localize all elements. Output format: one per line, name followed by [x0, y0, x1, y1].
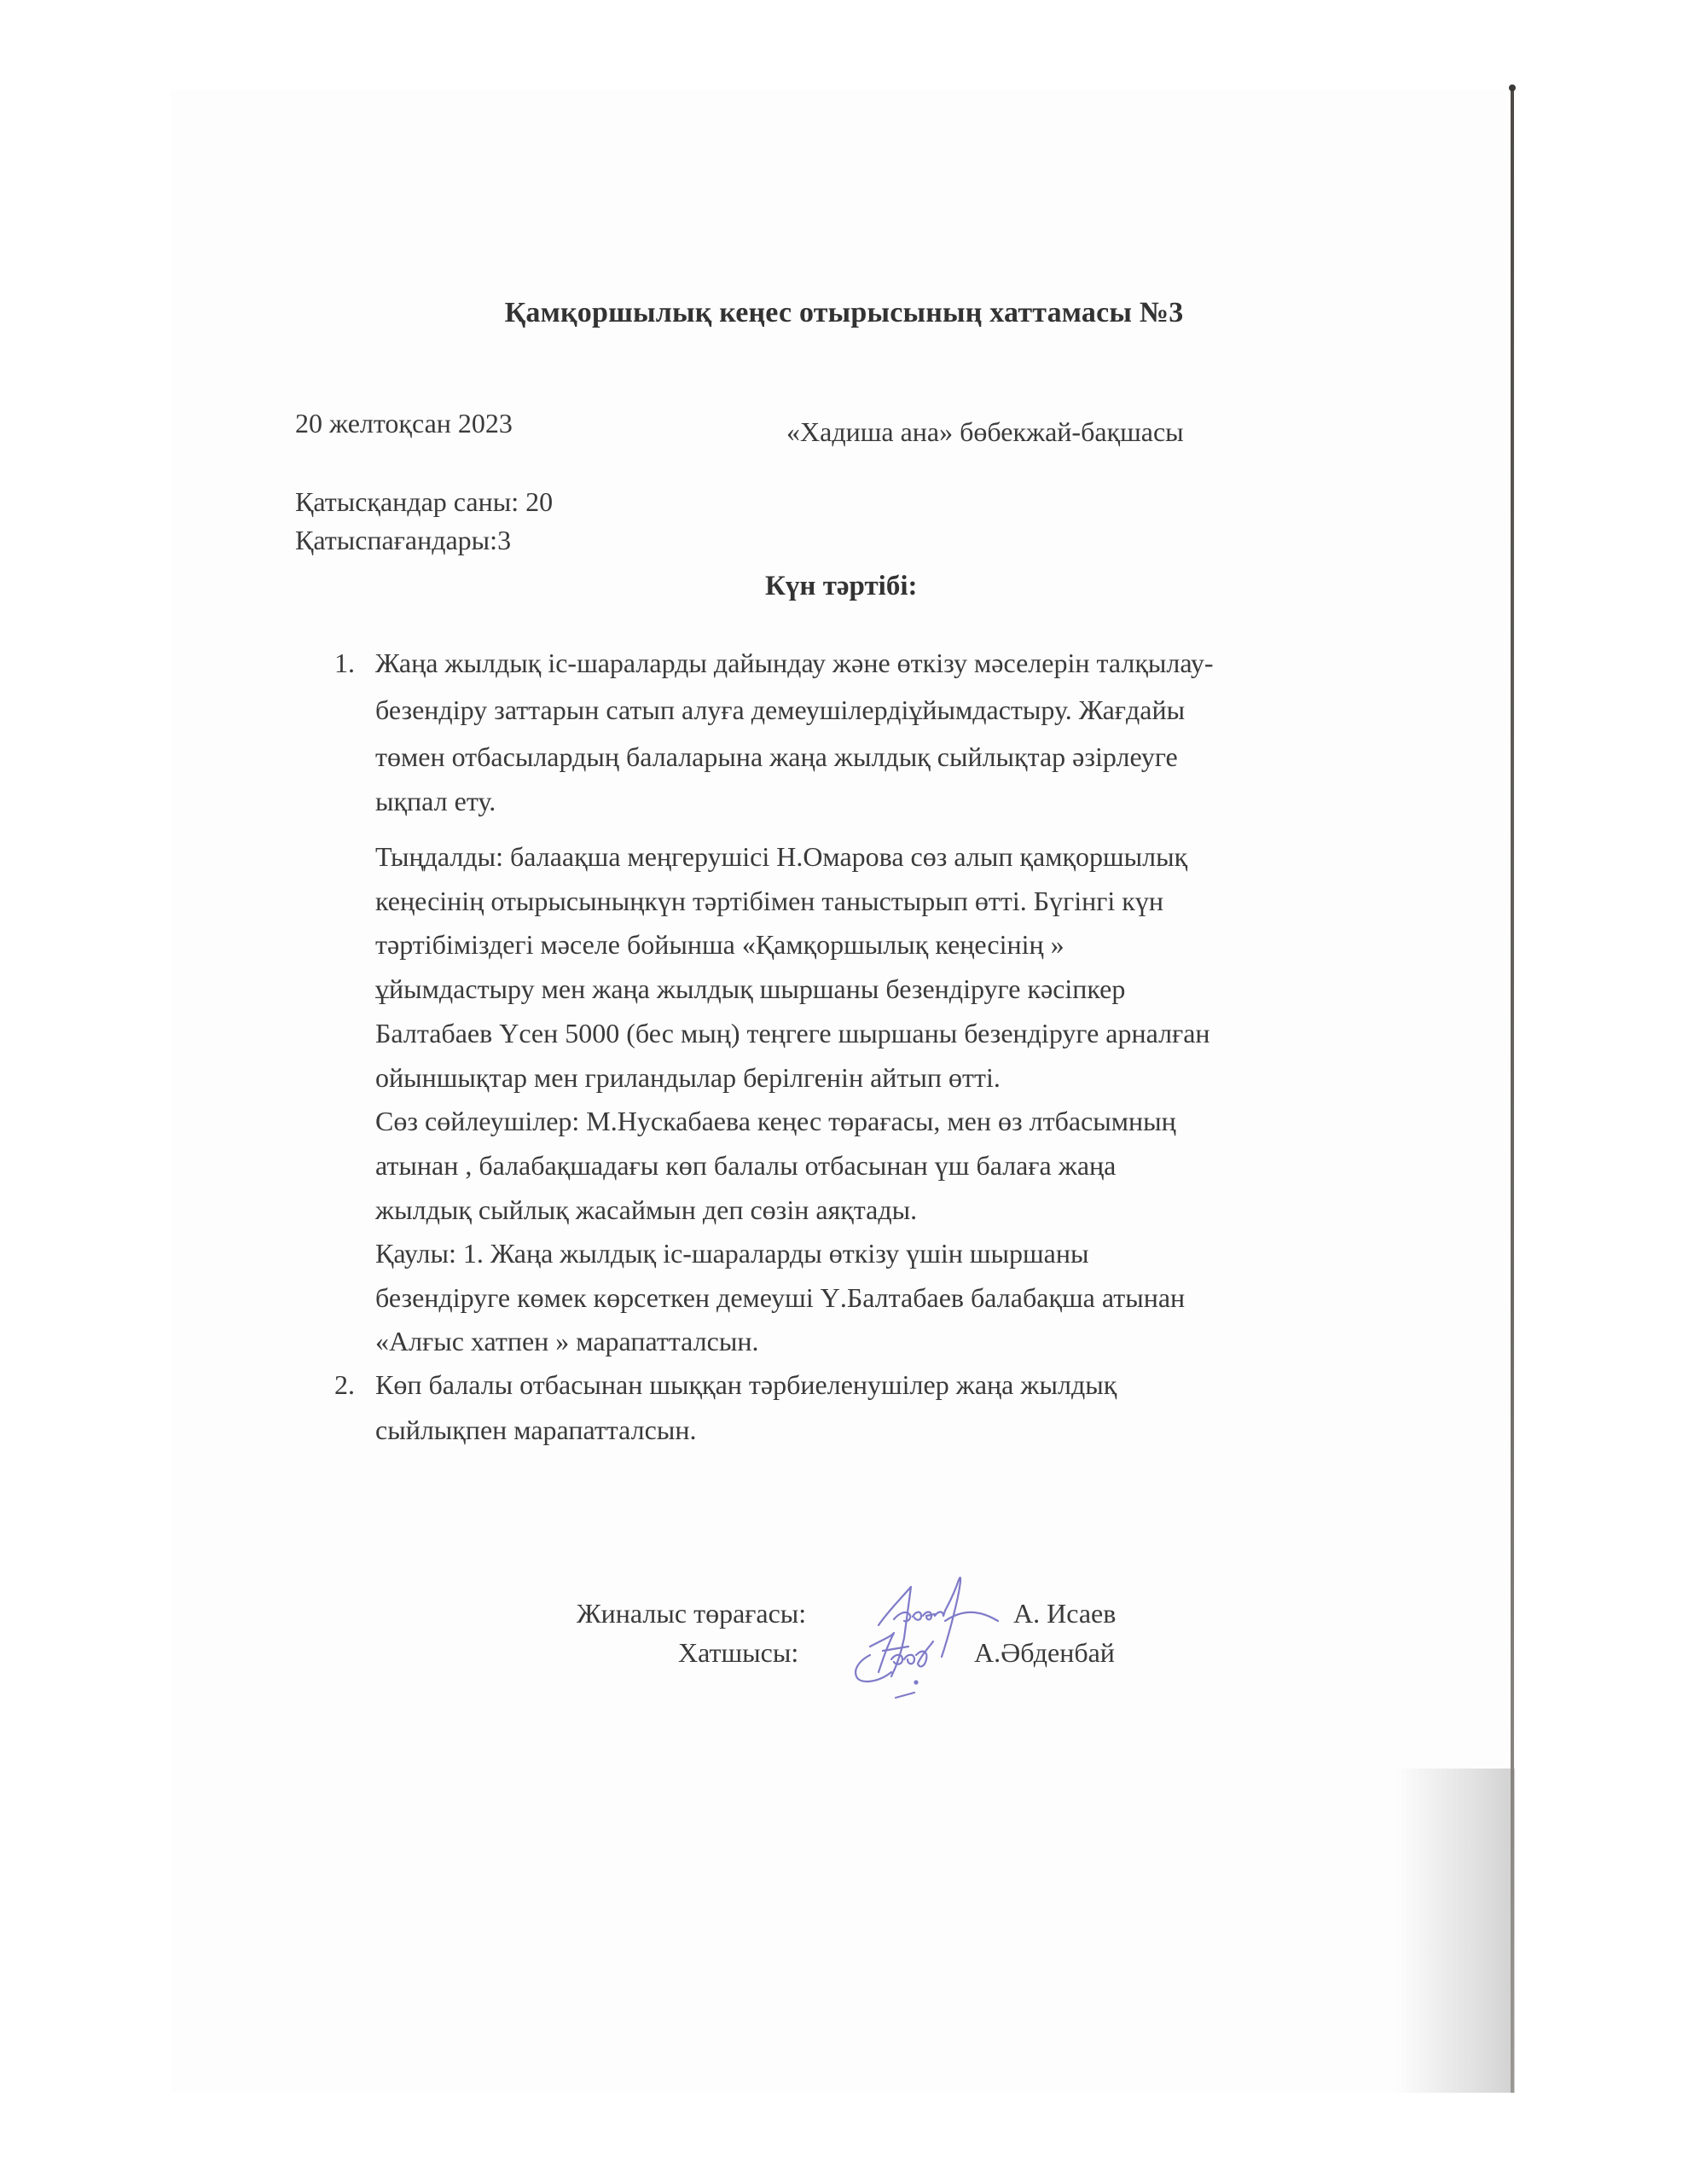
heard-line: тәртібіміздегі мәселе бойынша «Қамқоршыл… — [375, 928, 1064, 961]
chair-label: Жиналыс төрағасы: — [577, 1597, 806, 1629]
resolution-line: «Алғыс хатпен » марапатталсын. — [375, 1325, 758, 1357]
agenda-line: ықпал ету. — [375, 785, 496, 817]
agenda-item-number: 1. — [334, 647, 355, 679]
chair-name: А. Исаев — [1013, 1597, 1116, 1629]
page-shadow — [1395, 1769, 1515, 2093]
heard-line: Балтабаев Үсен 5000 (бес мың) теңгеге шы… — [375, 1017, 1210, 1049]
resolution-line: Қаулы: 1. Жаңа жылдық іс-шараларды өткіз… — [375, 1237, 1088, 1269]
organization-name: «Хадиша ана» бөбекжай-бақшасы — [786, 415, 1184, 448]
attendance-present: Қатысқандар саны: 20 — [295, 485, 553, 518]
agenda-item-number: 2. — [334, 1368, 355, 1401]
heard-line: Тыңдалды: балаақша меңгерушісі Н.Омарова… — [375, 840, 1187, 873]
resolution-line: безендіруге көмек көрсеткен демеуші Ү.Ба… — [375, 1281, 1185, 1314]
meeting-date: 20 желтоқсан 2023 — [295, 407, 513, 439]
speakers-line: атынан , балабақшадағы көп балалы отбасы… — [375, 1149, 1116, 1182]
heard-line: кеңесінің отырысыныңкүн тәртібімен таныс… — [375, 885, 1163, 917]
speakers-line: Сөз сөйлеушілер: М.Нускабаева кеңес төра… — [375, 1105, 1176, 1137]
secretary-label: Хатшысы: — [678, 1636, 798, 1669]
document-title: Қамқоршылық кеңес отырысының хаттамасы №… — [0, 297, 1688, 329]
agenda-line: Көп балалы отбасынан шыққан тәрбиеленуші… — [375, 1368, 1117, 1401]
secretary-signature-icon — [844, 1621, 972, 1715]
speakers-line: жылдық сыйлық жасаймын деп сөзін аяқтады… — [375, 1194, 917, 1226]
agenda-line: сыйлықпен марапатталсын. — [375, 1414, 696, 1446]
attendance-absent: Қатыспағандары:3 — [295, 524, 511, 556]
heard-line: ойыншықтар мен гриландылар берілгенін ай… — [375, 1061, 1001, 1094]
agenda-line: безендіру заттарын сатып алуға демеушіле… — [375, 694, 1185, 726]
heard-line: ұйымдастыру мен жаңа жылдық шыршаны безе… — [375, 973, 1125, 1005]
page-edge-line — [1511, 87, 1514, 2093]
agenda-heading: Күн тәртібі: — [765, 570, 918, 602]
agenda-line: төмен отбасылардың балаларына жаңа жылды… — [375, 741, 1178, 773]
agenda-line: Жаңа жылдық іс-шараларды дайындау және ө… — [375, 647, 1214, 679]
